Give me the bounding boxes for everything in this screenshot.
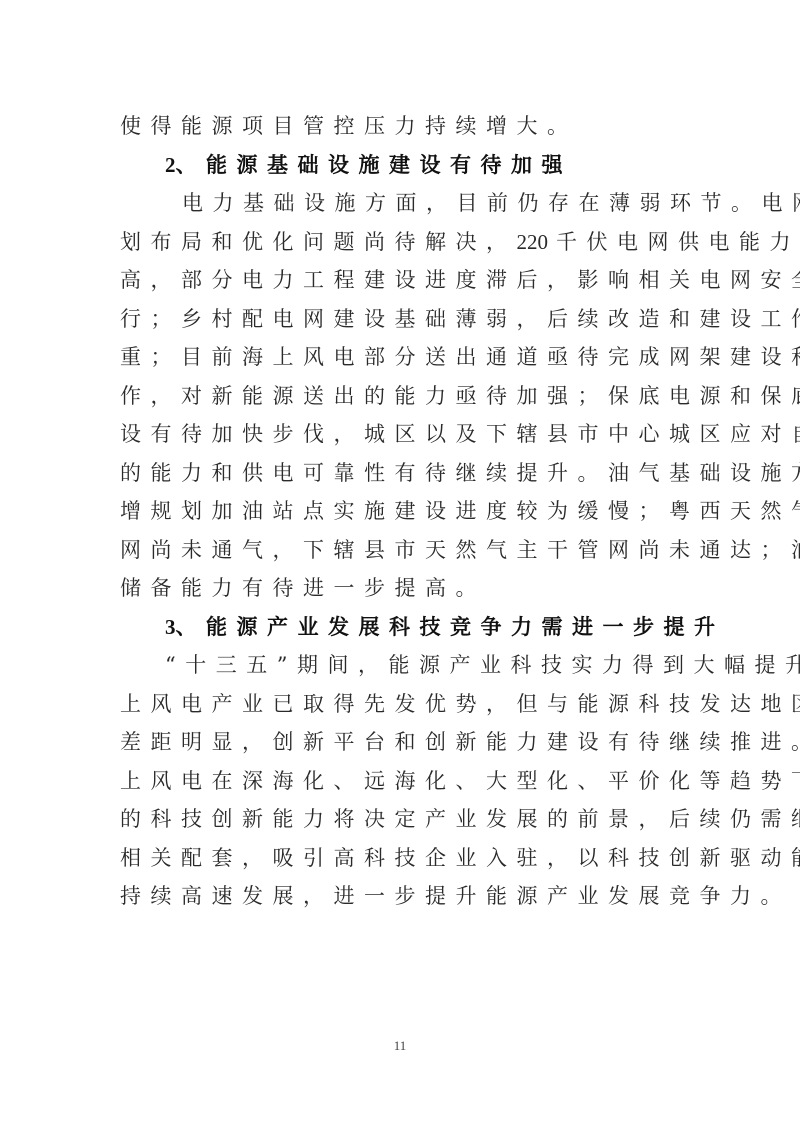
inline-number: 220	[517, 230, 549, 254]
paragraph-line: 差距明显，创新平台和创新能力建设有待继续推进。后续海	[120, 723, 690, 762]
paragraph-line: 的科技创新能力将决定产业发展的前景，后续仍需继续优化	[120, 800, 690, 839]
paragraph-line: 设有待加快步伐，城区以及下辖县市中心城区应对自然灾害	[120, 415, 690, 454]
paragraph-line: 高，部分电力工程建设进度滞后，影响相关电网安全稳定运	[120, 261, 690, 300]
document-body: 使得能源项目管控压力持续增大。 2、能源基础设施建设有待加强 电力基础设施方面，…	[120, 107, 690, 916]
heading-number: 3	[165, 615, 176, 639]
paragraph-line: 划布局和优化问题尚待解决，220千伏电网供电能力仍需提	[120, 223, 690, 262]
paragraph-line: 储备能力有待进一步提高。	[120, 569, 690, 608]
paragraph-line: 网尚未通气，下辖县市天然气主干管网尚未通达；油气应急	[120, 531, 690, 570]
text-segment: 千伏电网供电能力仍需提	[556, 230, 800, 254]
paragraph-line: “十三五”期间，能源产业科技实力得到大幅提升，海	[120, 646, 690, 685]
paragraph-line: 上风电在深海化、远海化、大型化、平价化等趋势下，产业	[120, 762, 690, 801]
paragraph-line: 的能力和供电可靠性有待继续提升。油气基础设施方面，新	[120, 454, 690, 493]
paragraph-line: 作，对新能源送出的能力亟待加强；保底电源和保底电网建	[120, 377, 690, 416]
paragraph-line: 重；目前海上风电部分送出通道亟待完成网架建设和优化工	[120, 338, 690, 377]
paragraph-line: 行；乡村配电网建设基础薄弱，后续改造和建设工作任务较	[120, 300, 690, 339]
heading-text: 、能源基础设施建设有待加强	[176, 152, 573, 177]
paragraph-continuation-line: 使得能源项目管控压力持续增大。	[120, 107, 690, 146]
page-number: 11	[0, 1038, 800, 1054]
heading-number: 2	[165, 153, 176, 177]
paragraph-line: 持续高速发展，进一步提升能源产业发展竞争力。	[120, 877, 690, 916]
paragraph-line: 增规划加油站点实施建设进度较为缓慢；粤西天然气主干管	[120, 492, 690, 531]
paragraph-line: 相关配套，吸引高科技企业入驻，以科技创新驱动能源产业	[120, 839, 690, 878]
paragraph-line: 上风电产业已取得先发优势，但与能源科技发达地区相比仍	[120, 685, 690, 724]
heading-text: 、能源产业发展科技竞争力需进一步提升	[176, 614, 725, 639]
section-heading-2: 2、能源基础设施建设有待加强	[120, 146, 690, 185]
section-heading-3: 3、能源产业发展科技竞争力需进一步提升	[120, 608, 690, 647]
paragraph-line: 电力基础设施方面，目前仍存在薄弱环节。电网网架规	[120, 184, 690, 223]
text-segment: 划布局和优化问题尚待解决，	[120, 230, 517, 254]
